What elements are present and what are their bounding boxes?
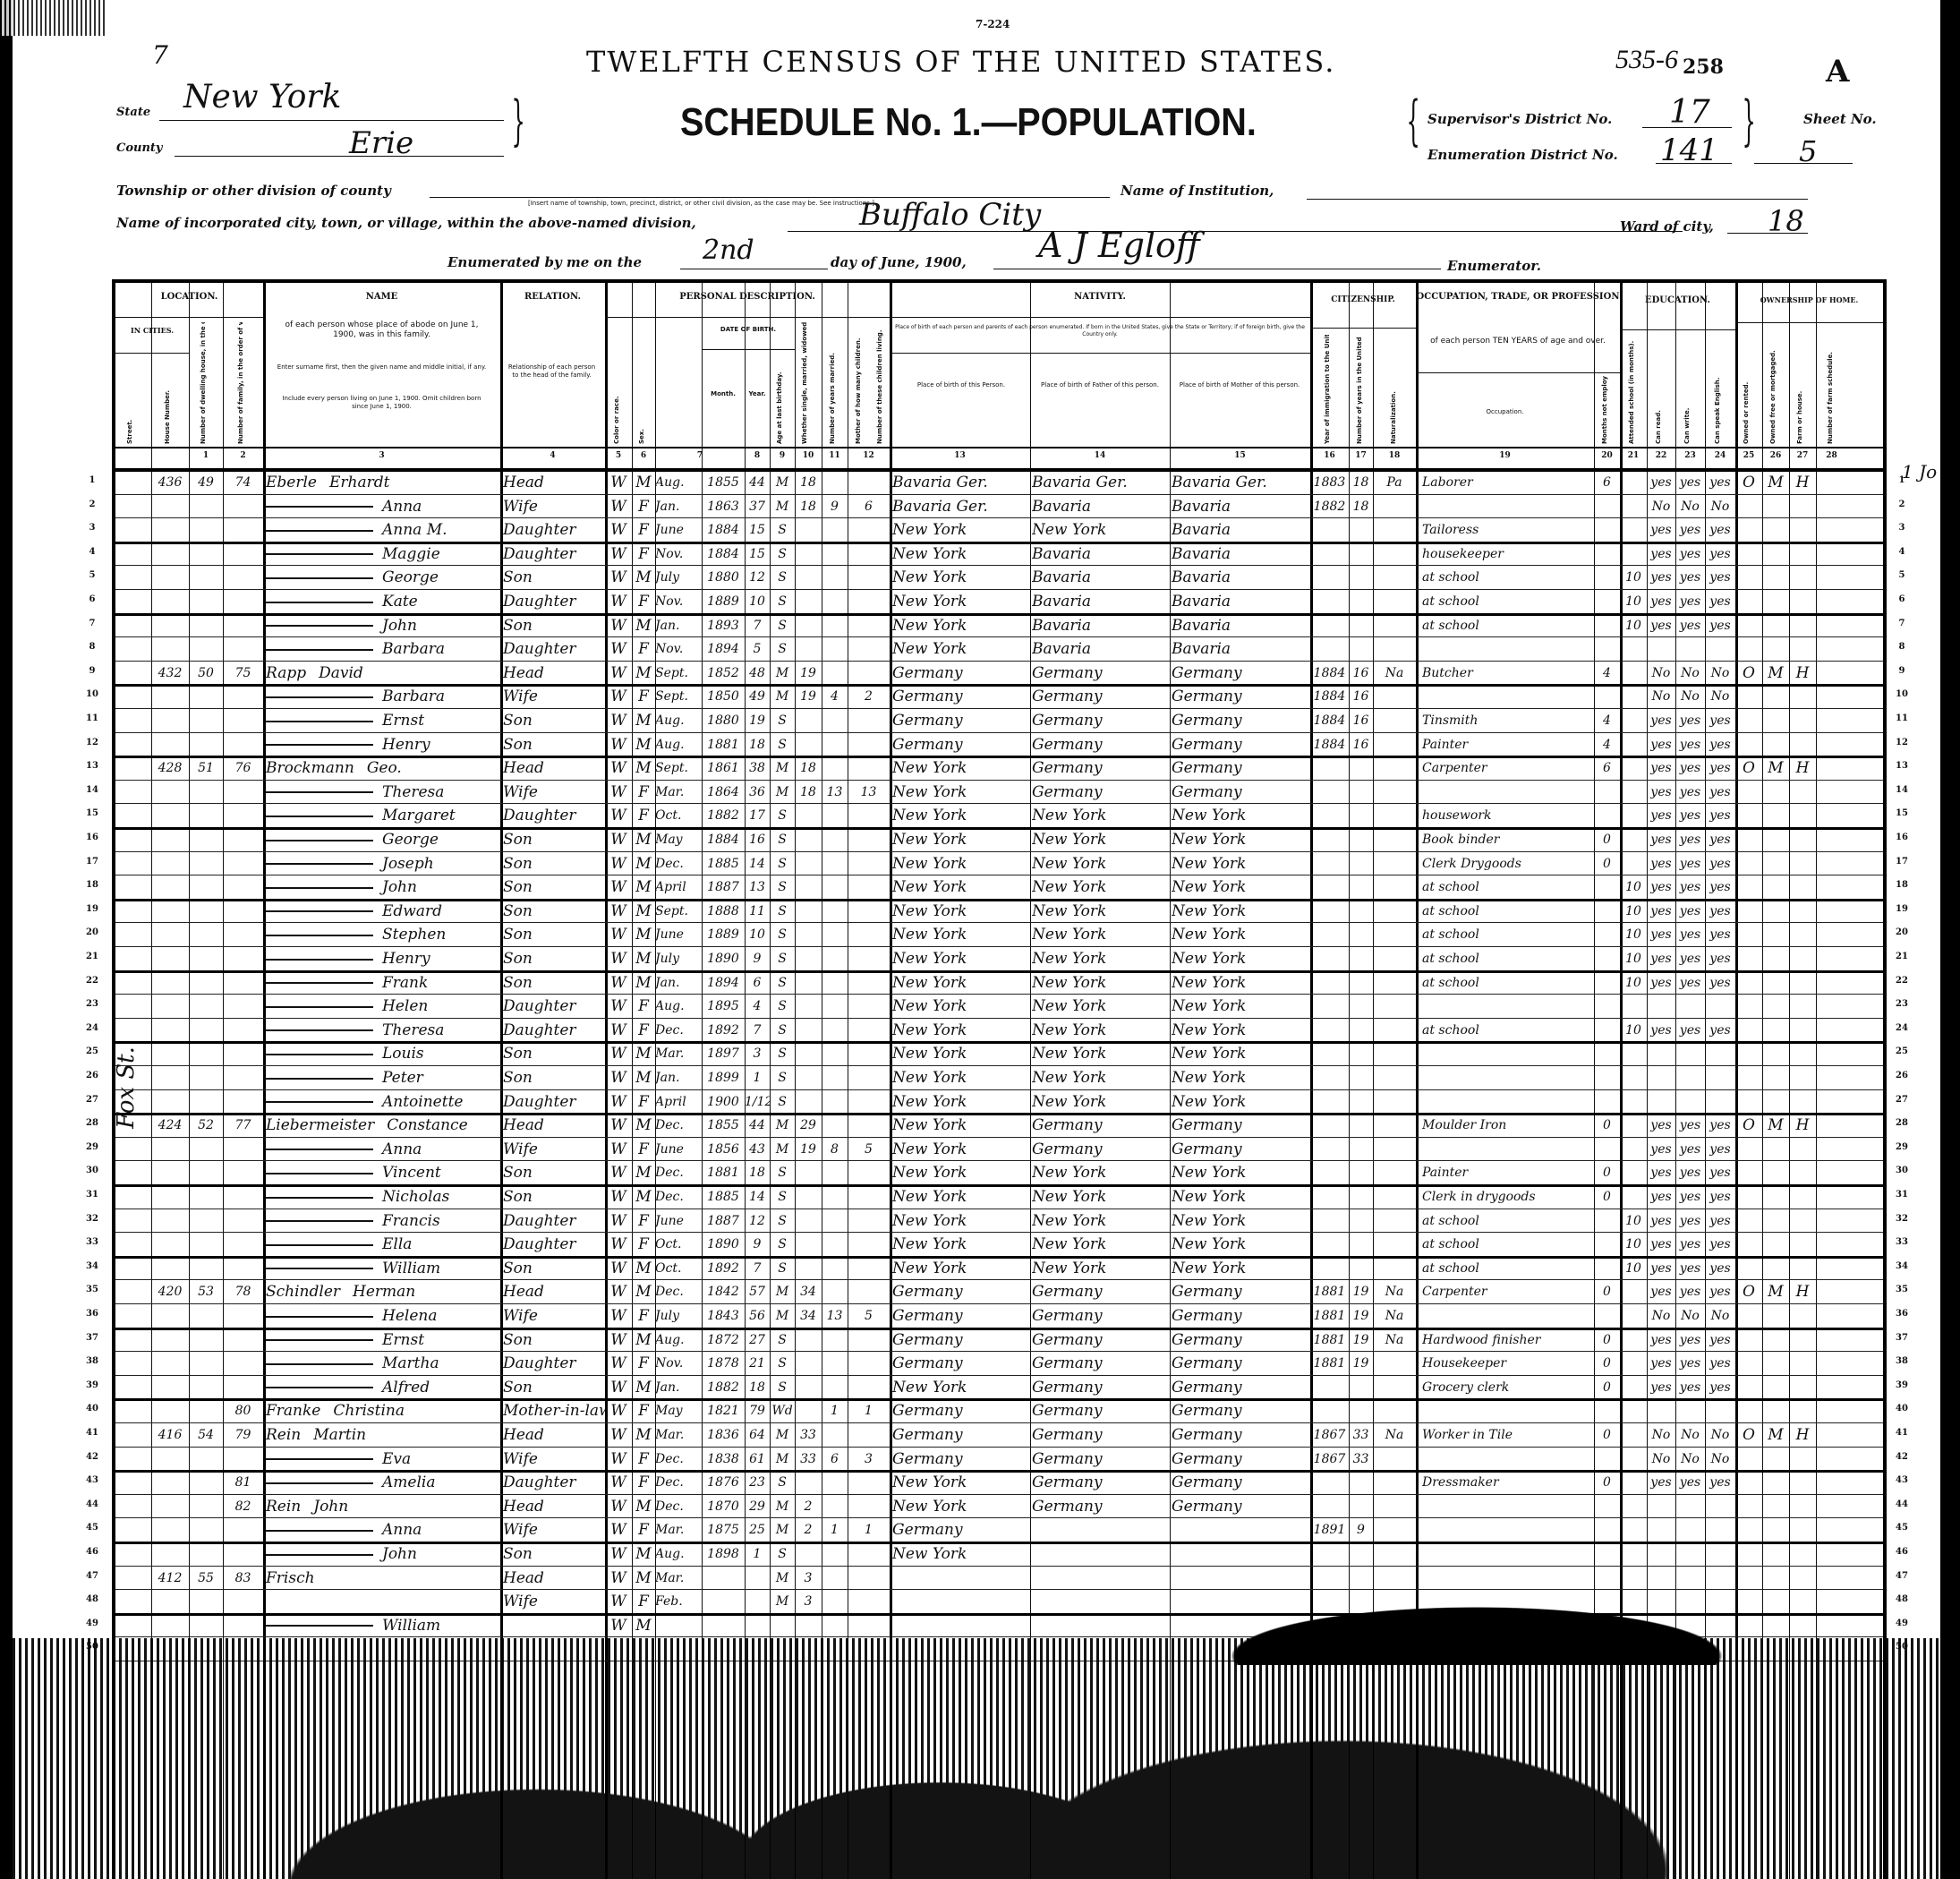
line-number: 30 xyxy=(1888,1166,1915,1175)
cell-house xyxy=(151,1589,189,1612)
cell-school xyxy=(1620,827,1647,850)
cell-occupation: Worker in Tile xyxy=(1422,1422,1594,1446)
cell-immig xyxy=(1310,1470,1349,1493)
cell-dwelling xyxy=(189,589,223,612)
cell-mortgage xyxy=(1762,613,1789,636)
cell-house xyxy=(151,851,189,875)
cell-family xyxy=(223,970,263,994)
cell-marital: S xyxy=(770,636,795,660)
cell-read: yes xyxy=(1647,708,1675,731)
cell-living: 1 xyxy=(848,1398,890,1422)
cell-age: 1 xyxy=(745,1542,770,1565)
given-name: Anna xyxy=(382,1140,422,1158)
cell-months-unemp xyxy=(1594,542,1620,565)
cell-mother-of xyxy=(822,1422,848,1446)
cell-farm xyxy=(1789,922,1816,945)
cell-house: 432 xyxy=(151,661,189,684)
cell-write xyxy=(1675,1065,1705,1089)
cell-bp-mother: Germany xyxy=(1172,1113,1310,1136)
cell-bp-mother: Germany xyxy=(1172,732,1310,756)
cell-color: W xyxy=(605,1542,632,1565)
cell-months-unemp: 0 xyxy=(1594,1328,1620,1351)
cell-living xyxy=(848,1470,890,1493)
cell-relation: Son xyxy=(503,1160,605,1183)
cell-living xyxy=(848,636,890,660)
cell-farm xyxy=(1789,1303,1816,1327)
cell-age: 1/12 xyxy=(745,1089,770,1113)
cell-mortgage xyxy=(1762,1137,1789,1160)
cell-relation: Mother-in-law xyxy=(503,1398,605,1422)
cell-bp-father: Germany xyxy=(1032,1113,1170,1136)
cell-write: yes xyxy=(1675,613,1705,636)
cell-living xyxy=(848,565,890,588)
cell-color: W xyxy=(605,1589,632,1612)
person-name: Kate xyxy=(266,589,500,612)
line-number: 1 xyxy=(79,475,106,485)
cell-family xyxy=(223,875,263,898)
cell-mortgage: M xyxy=(1762,661,1789,684)
line-number: 17 xyxy=(1888,857,1915,867)
cell-years-married xyxy=(795,1351,822,1374)
line-number: 42 xyxy=(79,1452,106,1462)
enumerator-label: Enumerator. xyxy=(1447,258,1541,274)
cell-natur xyxy=(1373,1470,1416,1493)
ditto-dash xyxy=(266,910,373,912)
cell-farm xyxy=(1789,899,1816,922)
line-number: 3 xyxy=(79,523,106,533)
ditto-dash xyxy=(266,553,373,555)
cell-marital: S xyxy=(770,803,795,826)
cell-immig xyxy=(1310,922,1349,945)
header-citizenship: CITIZENSHIP. xyxy=(1310,295,1416,304)
cell-relation: Head xyxy=(503,661,605,684)
ditto-dash xyxy=(266,1173,373,1174)
cell-sched xyxy=(1816,1160,1847,1183)
cell-family xyxy=(223,803,263,826)
person-name: George xyxy=(266,827,500,850)
cell-owned xyxy=(1735,494,1762,517)
cell-bp-father: New York xyxy=(1032,1089,1170,1113)
cell-sched xyxy=(1816,851,1847,875)
cell-write: yes xyxy=(1675,1209,1705,1232)
header-month: Month. xyxy=(702,390,745,398)
cell-immig: 1867 xyxy=(1310,1447,1349,1470)
given-name: Stephen xyxy=(382,926,446,944)
cell-color: W xyxy=(605,803,632,826)
cell-marital: M xyxy=(770,661,795,684)
cell-bp-father xyxy=(1032,1517,1170,1541)
cell-marital: S xyxy=(770,970,795,994)
cell-year: 1887 xyxy=(702,875,745,898)
cell-age: 10 xyxy=(745,922,770,945)
cell-yrs-us xyxy=(1349,1089,1373,1113)
cell-english: yes xyxy=(1705,1137,1735,1160)
cell-relation: Wife xyxy=(503,1303,605,1327)
cell-year: 1888 xyxy=(702,899,745,922)
cell-bp: New York xyxy=(892,1375,1030,1398)
cell-owned xyxy=(1735,1494,1762,1517)
cell-immig: 1884 xyxy=(1310,661,1349,684)
cell-yrs-us xyxy=(1349,1018,1373,1041)
cell-color: W xyxy=(605,1328,632,1351)
table-row: GeorgeSonWMJuly188012SNew YorkBavariaBav… xyxy=(115,565,1883,590)
cell-sex: F xyxy=(632,1470,655,1493)
cell-years-married xyxy=(795,1398,822,1422)
cell-natur xyxy=(1373,565,1416,588)
cell-color: W xyxy=(605,922,632,945)
cell-yrs-us xyxy=(1349,1113,1373,1136)
person-name: John xyxy=(266,1542,500,1565)
table-row: 4325075RappDavidHeadWMSept.185248M19Germ… xyxy=(115,661,1883,688)
cell-sex: F xyxy=(632,1351,655,1374)
cell-yrs-us xyxy=(1349,899,1373,922)
ditto-dash xyxy=(266,1554,373,1556)
cell-family xyxy=(223,1517,263,1541)
cell-bp xyxy=(892,1566,1030,1589)
line-number: 18 xyxy=(1888,880,1915,890)
cell-years-married xyxy=(795,1018,822,1041)
cell-months-unemp xyxy=(1594,1209,1620,1232)
cell-sched xyxy=(1816,922,1847,945)
cell-family: 76 xyxy=(223,756,263,779)
cell-school xyxy=(1620,1303,1647,1327)
cell-yrs-us xyxy=(1349,875,1373,898)
cell-farm xyxy=(1789,613,1816,636)
cell-yrs-us: 19 xyxy=(1349,1351,1373,1374)
cell-age: 29 xyxy=(745,1494,770,1517)
cell-immig xyxy=(1310,1113,1349,1136)
header-birthplace-person: Place of birth of this Person. xyxy=(899,381,1024,389)
cell-occupation xyxy=(1422,684,1594,707)
table-row: ErnstSonWMAug.188019SGermanyGermanyGerma… xyxy=(115,708,1883,733)
cell-bp-mother: New York xyxy=(1172,1256,1310,1279)
cell-bp-mother: Germany xyxy=(1172,756,1310,779)
cell-marital: M xyxy=(770,1494,795,1517)
cell-year: 1821 xyxy=(702,1398,745,1422)
header-farm-house: Farm or house. xyxy=(1796,329,1803,444)
cell-months-unemp: 6 xyxy=(1594,756,1620,779)
cell-month xyxy=(655,1613,702,1636)
cell-months-unemp xyxy=(1594,899,1620,922)
cell-year: 1852 xyxy=(702,661,745,684)
cell-house xyxy=(151,1256,189,1279)
cell-immig: 1881 xyxy=(1310,1351,1349,1374)
cell-farm xyxy=(1789,1470,1816,1493)
cell-age: 57 xyxy=(745,1279,770,1302)
cell-mortgage xyxy=(1762,1018,1789,1041)
cell-family xyxy=(223,517,263,541)
cell-house xyxy=(151,994,189,1017)
ditto-dash xyxy=(266,649,373,651)
cell-family xyxy=(223,1351,263,1374)
cell-mother-of xyxy=(822,636,848,660)
cell-marital: Wd xyxy=(770,1398,795,1422)
cell-school: 10 xyxy=(1620,875,1647,898)
cell-living xyxy=(848,1089,890,1113)
given-name: Nicholas xyxy=(382,1188,449,1206)
cell-owned xyxy=(1735,1089,1762,1113)
cell-school: 10 xyxy=(1620,565,1647,588)
cell-mother-of: 8 xyxy=(822,1137,848,1160)
cell-write: yes xyxy=(1675,1184,1705,1208)
cell-sex: F xyxy=(632,1018,655,1041)
cell-farm xyxy=(1789,1137,1816,1160)
cell-family xyxy=(223,732,263,756)
cell-write: yes xyxy=(1675,899,1705,922)
cell-yrs-us xyxy=(1349,1232,1373,1255)
cell-immig xyxy=(1310,613,1349,636)
enumerated-suffix: day of June, 1900, xyxy=(831,254,967,270)
cell-sex: M xyxy=(632,1566,655,1589)
cell-dwelling xyxy=(189,922,223,945)
cell-living xyxy=(848,1375,890,1398)
cell-mortgage xyxy=(1762,1398,1789,1422)
cell-mother-of: 1 xyxy=(822,1517,848,1541)
cell-dwelling xyxy=(189,613,223,636)
cell-owned xyxy=(1735,1375,1762,1398)
cell-immig xyxy=(1310,1184,1349,1208)
table-row: LouisSonWMMar.18973SNew YorkNew YorkNew … xyxy=(115,1041,1883,1066)
table-row: ErnstSonWMAug.187227SGermanyGermanyGerma… xyxy=(115,1328,1883,1353)
cell-english: yes xyxy=(1705,613,1735,636)
cell-months-unemp xyxy=(1594,970,1620,994)
table-row: KateDaughterWFNov.188910SNew YorkBavaria… xyxy=(115,589,1883,616)
cell-bp-father: Bavaria xyxy=(1032,636,1170,660)
cell-marital: S xyxy=(770,994,795,1017)
cell-living xyxy=(848,589,890,612)
line-number: 38 xyxy=(79,1356,106,1366)
cell-immig: 1884 xyxy=(1310,732,1349,756)
cell-year: 1892 xyxy=(702,1018,745,1041)
county-line xyxy=(175,156,504,157)
cell-dwelling xyxy=(189,899,223,922)
given-name: Peter xyxy=(382,1069,423,1087)
ward-value: 18 xyxy=(1768,204,1804,238)
cell-school xyxy=(1620,1089,1647,1113)
person-name: Henry xyxy=(266,946,500,969)
cell-mother-of: 4 xyxy=(822,684,848,707)
cell-dwelling: 53 xyxy=(189,1279,223,1302)
line-number: 44 xyxy=(1888,1499,1915,1509)
cell-farm xyxy=(1789,827,1816,850)
cell-natur xyxy=(1373,1447,1416,1470)
cell-marital: S xyxy=(770,565,795,588)
cell-family xyxy=(223,684,263,707)
cell-school xyxy=(1620,636,1647,660)
cell-age: 5 xyxy=(745,636,770,660)
cell-family xyxy=(223,1613,263,1636)
cell-immig xyxy=(1310,899,1349,922)
cell-bp-father: Germany xyxy=(1032,732,1170,756)
cell-school xyxy=(1620,517,1647,541)
cell-natur xyxy=(1373,994,1416,1017)
cell-family xyxy=(223,565,263,588)
cell-sex: M xyxy=(632,661,655,684)
cell-yrs-us: 18 xyxy=(1349,470,1373,493)
cell-family xyxy=(223,1256,263,1279)
cell-month: June xyxy=(655,922,702,945)
table-row: AnnaWifeWFJan.186337M1896Bavaria Ger.Bav… xyxy=(115,494,1883,519)
line-number: 25 xyxy=(79,1046,106,1056)
cell-house xyxy=(151,1494,189,1517)
cell-living xyxy=(848,970,890,994)
person-name: John xyxy=(266,875,500,898)
cell-read xyxy=(1647,1065,1675,1089)
cell-year: 1856 xyxy=(702,1137,745,1160)
supervisor-value: 17 xyxy=(1669,94,1710,131)
cell-sched xyxy=(1816,756,1847,779)
cell-color: W xyxy=(605,1256,632,1279)
cell-farm xyxy=(1789,970,1816,994)
cell-family xyxy=(223,899,263,922)
cell-marital: M xyxy=(770,684,795,707)
cell-sex: F xyxy=(632,1517,655,1541)
cell-write: yes xyxy=(1675,1160,1705,1183)
line-number: 46 xyxy=(1888,1547,1915,1557)
cell-sex: M xyxy=(632,851,655,875)
table-row: StephenSonWMJune188910SNew YorkNew YorkN… xyxy=(115,922,1883,947)
cell-sex: F xyxy=(632,1137,655,1160)
cell-occupation xyxy=(1422,1041,1594,1064)
cell-bp-mother: New York xyxy=(1172,1160,1310,1183)
cell-write: No xyxy=(1675,1447,1705,1470)
enumeration-district-label: Enumeration District No. xyxy=(1427,147,1618,163)
cell-color: W xyxy=(605,827,632,850)
cell-farm xyxy=(1789,875,1816,898)
cell-english: yes xyxy=(1705,922,1735,945)
cell-owned: O xyxy=(1735,470,1762,493)
cell-natur xyxy=(1373,708,1416,731)
scan-artifact xyxy=(0,0,107,36)
cell-months-unemp xyxy=(1594,1303,1620,1327)
cell-sched xyxy=(1816,732,1847,756)
cell-years-married xyxy=(795,1209,822,1232)
cell-bp: Germany xyxy=(892,684,1030,707)
cell-school xyxy=(1620,470,1647,493)
cell-school xyxy=(1620,1375,1647,1398)
cell-mortgage xyxy=(1762,1065,1789,1089)
cell-owned xyxy=(1735,1447,1762,1470)
cell-years-married xyxy=(795,1542,822,1565)
cell-natur xyxy=(1373,1494,1416,1517)
cell-family xyxy=(223,589,263,612)
cell-sex: F xyxy=(632,1089,655,1113)
cell-sched xyxy=(1816,1447,1847,1470)
cell-months-unemp: 4 xyxy=(1594,661,1620,684)
line-number: 24 xyxy=(79,1023,106,1033)
cell-farm xyxy=(1789,1375,1816,1398)
cell-bp: New York xyxy=(892,517,1030,541)
cell-natur xyxy=(1373,851,1416,875)
stamp-number: 535-6 xyxy=(1615,45,1678,75)
cell-natur xyxy=(1373,922,1416,945)
line-number: 46 xyxy=(79,1547,106,1557)
cell-yrs-us xyxy=(1349,827,1373,850)
cell-write: No xyxy=(1675,684,1705,707)
cell-years-married: 18 xyxy=(795,470,822,493)
cell-color: W xyxy=(605,1232,632,1255)
person-name: George xyxy=(266,565,500,588)
cell-relation: Daughter xyxy=(503,1351,605,1374)
cell-bp-mother: Germany xyxy=(1172,1303,1310,1327)
cell-natur: Na xyxy=(1373,661,1416,684)
line-number: 27 xyxy=(79,1095,106,1105)
ditto-dash xyxy=(266,1363,373,1365)
cell-sched xyxy=(1816,636,1847,660)
person-name: Antoinette xyxy=(266,1089,500,1113)
cell-month: Dec. xyxy=(655,1160,702,1183)
cell-bp-mother: New York xyxy=(1172,1018,1310,1041)
cell-months-unemp xyxy=(1594,565,1620,588)
cell-years-married: 19 xyxy=(795,661,822,684)
cell-marital: S xyxy=(770,1209,795,1232)
cell-age: 12 xyxy=(745,565,770,588)
cell-sched xyxy=(1816,517,1847,541)
cell-mother-of xyxy=(822,732,848,756)
cell-school xyxy=(1620,780,1647,803)
cell-age: 38 xyxy=(745,756,770,779)
surname: Frisch xyxy=(266,1569,315,1587)
cell-natur xyxy=(1373,1256,1416,1279)
cell-sched xyxy=(1816,1351,1847,1374)
cell-month: Jan. xyxy=(655,1065,702,1089)
cell-immig xyxy=(1310,1375,1349,1398)
cell-relation: Daughter xyxy=(503,1209,605,1232)
cell-marital: S xyxy=(770,613,795,636)
cell-months-unemp xyxy=(1594,875,1620,898)
cell-mortgage xyxy=(1762,1184,1789,1208)
cell-mother-of xyxy=(822,1613,848,1636)
cell-living xyxy=(848,946,890,969)
cell-write: yes xyxy=(1675,708,1705,731)
cell-immig xyxy=(1310,1494,1349,1517)
cell-bp-father: Germany xyxy=(1032,1494,1170,1517)
margin-note-street: Fox St. xyxy=(113,1046,140,1129)
cell-yrs-us: 9 xyxy=(1349,1517,1373,1541)
cell-mother-of xyxy=(822,1589,848,1612)
cell-mother-of: 13 xyxy=(822,1303,848,1327)
cell-dwelling xyxy=(189,542,223,565)
line-number: 49 xyxy=(1888,1619,1915,1628)
cell-sched xyxy=(1816,780,1847,803)
line-number: 10 xyxy=(1888,689,1915,699)
person-name: William xyxy=(266,1256,500,1279)
cell-house xyxy=(151,1089,189,1113)
cell-family: 82 xyxy=(223,1494,263,1517)
given-name: George xyxy=(382,831,439,849)
line-number: 2 xyxy=(79,500,106,509)
cell-sex: F xyxy=(632,1447,655,1470)
cell-month: Nov. xyxy=(655,1351,702,1374)
cell-farm: H xyxy=(1789,470,1816,493)
line-number: 11 xyxy=(79,713,106,723)
cell-age: 15 xyxy=(745,542,770,565)
header-age: Age at last birthday. xyxy=(776,322,783,444)
cell-years-married xyxy=(795,1041,822,1064)
cell-natur xyxy=(1373,1517,1416,1541)
line-number: 4 xyxy=(79,547,106,557)
cell-owned xyxy=(1735,827,1762,850)
cell-dwelling xyxy=(189,1160,223,1183)
line-number: 29 xyxy=(1888,1142,1915,1152)
cell-year: 1870 xyxy=(702,1494,745,1517)
cell-immig: 1881 xyxy=(1310,1328,1349,1351)
cell-sched xyxy=(1816,827,1847,850)
cell-living xyxy=(848,661,890,684)
cell-family: 79 xyxy=(223,1422,263,1446)
cell-sex: M xyxy=(632,1494,655,1517)
cell-relation: Daughter xyxy=(503,803,605,826)
